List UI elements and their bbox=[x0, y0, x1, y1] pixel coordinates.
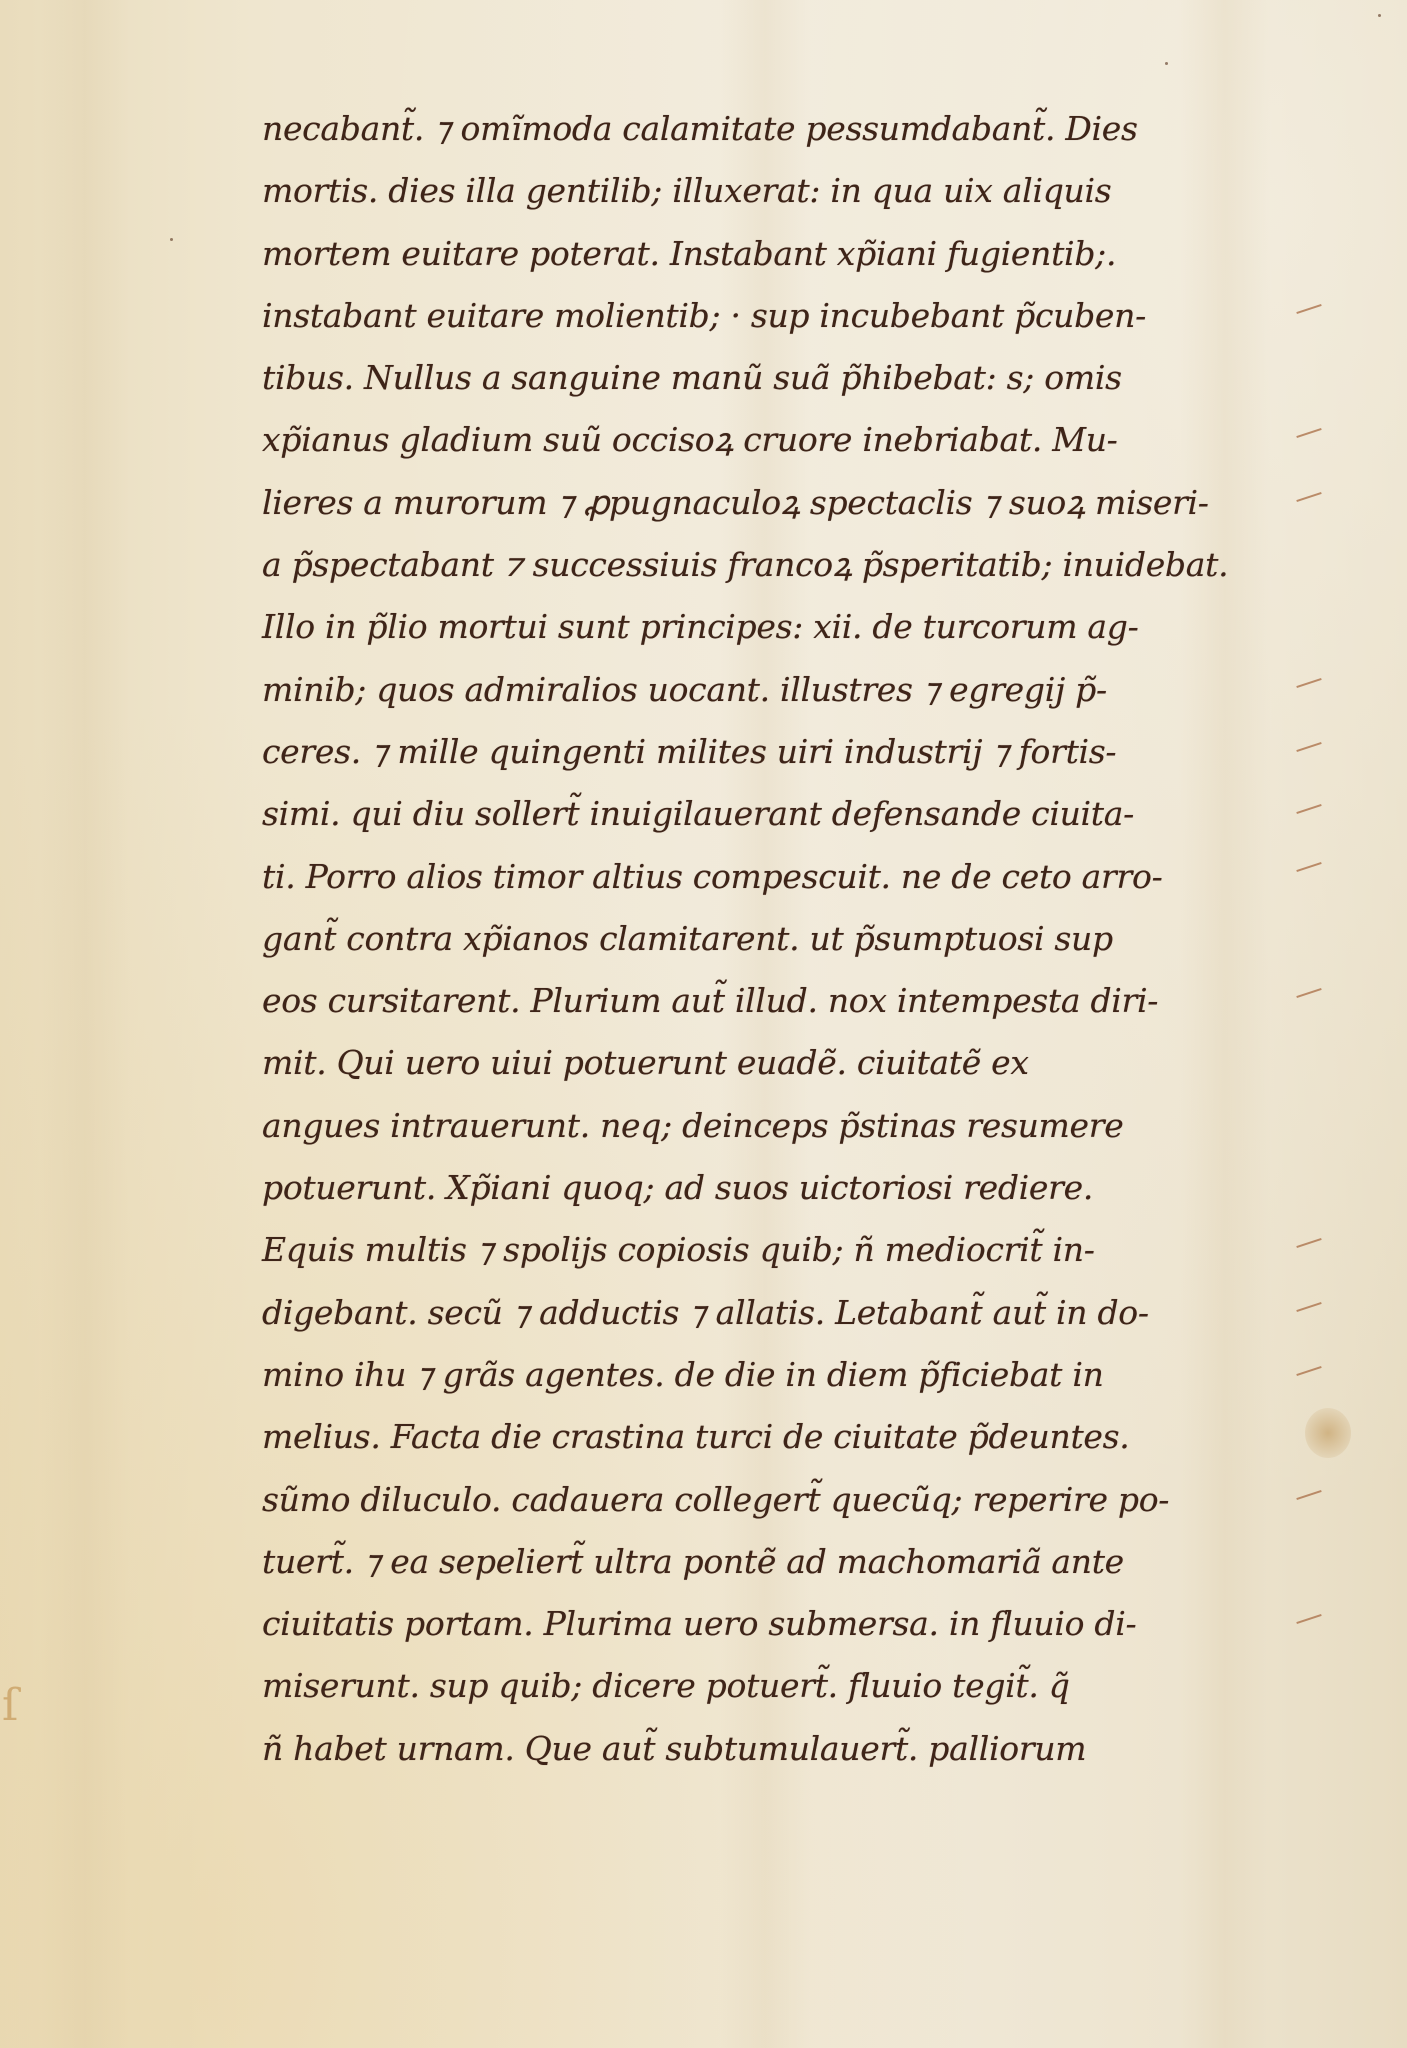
text-line: melius. Facta die crastina turci de ciui… bbox=[262, 1406, 1312, 1468]
text-line: mit. Qui uero uiui potuerunt euadẽ. ciui… bbox=[262, 1032, 1312, 1094]
ink-speck bbox=[170, 238, 173, 241]
manuscript-folio: ſ necabant̃. ⁊ omĩmoda calamitate pessum… bbox=[0, 0, 1407, 2048]
text-line: minib; quos admiralios uocant. illustres… bbox=[262, 659, 1312, 721]
text-line: potuerunt. Xp̃iani quoq; ad suos uictori… bbox=[262, 1157, 1312, 1219]
text-line: mortem euitare poterat. Instabant xp̃ian… bbox=[262, 223, 1312, 285]
text-line: necabant̃. ⁊ omĩmoda calamitate pessumda… bbox=[262, 98, 1312, 160]
text-line: mino ihu ⁊ grãs agentes. de die in diem … bbox=[262, 1344, 1312, 1406]
text-line: sũmo diluculo. cadauera collegert̃ quecũ… bbox=[262, 1469, 1312, 1531]
text-column: necabant̃. ⁊ omĩmoda calamitate pessumda… bbox=[262, 98, 1312, 1780]
margin-offset-mark: ſ bbox=[2, 1680, 42, 1770]
text-line: tuert̃. ⁊ ea sepeliert̃ ultra pontẽ ad m… bbox=[262, 1531, 1312, 1593]
text-line: ti. Porro alios timor altius compescuit.… bbox=[262, 846, 1312, 908]
parchment-crease bbox=[40, 0, 130, 2048]
text-line: lieres a murorum ⁊ ꝓpugnaculoꝝ spectacli… bbox=[262, 472, 1312, 534]
text-line: xp̃ianus gladium suũ occisoꝝ cruore ineb… bbox=[262, 409, 1312, 471]
text-line: tibus. Nullus a sanguine manũ suã p̃hibe… bbox=[262, 347, 1312, 409]
text-line: ciuitatis portam. Plurima uero submersa.… bbox=[262, 1593, 1312, 1655]
text-line: Equis multis ⁊ spolijs copiosis quib; ñ … bbox=[262, 1219, 1312, 1281]
ink-speck bbox=[1378, 14, 1381, 17]
text-line: simi. qui diu sollert̃ inuigilauerant de… bbox=[262, 783, 1312, 845]
ink-speck bbox=[1165, 62, 1168, 65]
text-line: a p̃spectabant ⁊ successiuis francoꝝ p̃s… bbox=[262, 534, 1312, 596]
text-line: eos cursitarent. Plurium aut̃ illud. nox… bbox=[262, 970, 1312, 1032]
text-line: ñ habet urnam. Que aut̃ subtumulauert̃. … bbox=[262, 1718, 1312, 1780]
text-line: angues intrauerunt. neq; deinceps p̃stin… bbox=[262, 1095, 1312, 1157]
text-line: Illo in p̃lio mortui sunt principes: xii… bbox=[262, 596, 1312, 658]
text-line: ceres. ⁊ mille quingenti milites uiri in… bbox=[262, 721, 1312, 783]
text-line: instabant euitare molientib; · sup incub… bbox=[262, 285, 1312, 347]
text-line: mortis. dies illa gentilib; illuxerat: i… bbox=[262, 160, 1312, 222]
text-line: gant̃ contra xp̃ianos clamitarent. ut p̃… bbox=[262, 908, 1312, 970]
text-line: digebant. secũ ⁊ adductis ⁊ allatis. Let… bbox=[262, 1282, 1312, 1344]
text-line: miserunt. sup quib; dicere potuert̃. flu… bbox=[262, 1655, 1312, 1717]
